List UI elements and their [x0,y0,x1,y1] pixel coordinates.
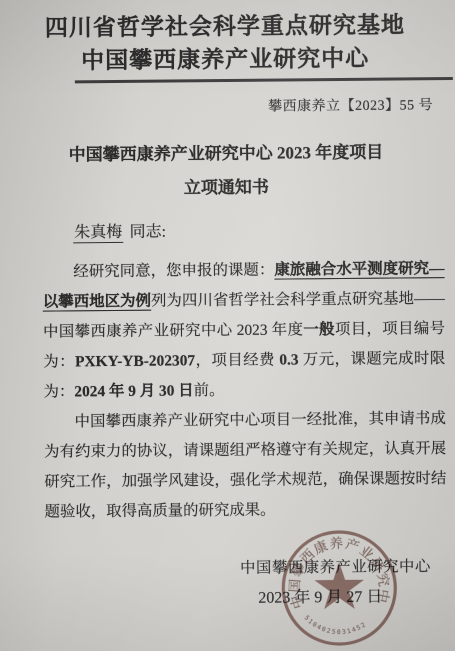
p1-ending: 前。 [194,382,225,399]
p1-lead: 经研究同意，您申报的课题： [73,262,274,281]
star-icon [314,562,364,609]
official-seal: 中国攀西康养产业研究中心 5104025031452 [269,517,410,651]
letterhead-divider [75,77,453,83]
p1-funding-pre: ，项目经费 [195,352,279,370]
body-text: 经研究同意，您申报的课题：康旅融合水平测度研究—以攀西地区为例列为四川省哲学社会… [42,254,446,527]
document-title-line2: 立项通知书 [0,169,454,207]
document-content: 四川省哲学社会科学重点研究基地 中国攀西康养产业研究中心 攀西康养立【2023】… [0,0,455,651]
paragraph-requirements: 中国攀西康养产业研究中心项目一经批准，其申请书成为有约束力的协议，请课题组严格遵… [44,404,447,528]
letterhead-line2: 中国攀西康养产业研究中心 [0,41,453,78]
document-title: 中国攀西康养产业研究中心 2023 年度项目 立项通知书 [0,135,454,207]
letterhead-line1: 四川省哲学社会科学重点研究基地 [0,8,453,45]
paragraph-approval: 经研究同意，您申报的课题：康旅融合水平测度研究—以攀西地区为例列为四川省哲学社会… [42,254,445,408]
funding-amount: 0.3 [279,351,298,368]
document-number: 攀西康养立【2023】55 号 [268,94,433,115]
deadline-date: 2024 年 9 月 30 日 [74,382,193,400]
document-photo: 四川省哲学社会科学重点研究基地 中国攀西康养产业研究中心 攀西康养立【2023】… [0,0,455,651]
project-category: 一般 [303,321,335,338]
document-title-line1: 中国攀西康养产业研究中心 2023 年度项目 [0,135,454,173]
addressee-salutation: 同志: [130,224,167,241]
seal-code: 5104025031452 [303,614,369,636]
addressee-line: 朱真梅同志: [73,219,166,243]
addressee-name: 朱真梅 [73,224,123,243]
project-code: PXKY-YB-202307 [75,352,195,370]
letterhead: 四川省哲学社会科学重点研究基地 中国攀西康养产业研究中心 [0,8,453,78]
